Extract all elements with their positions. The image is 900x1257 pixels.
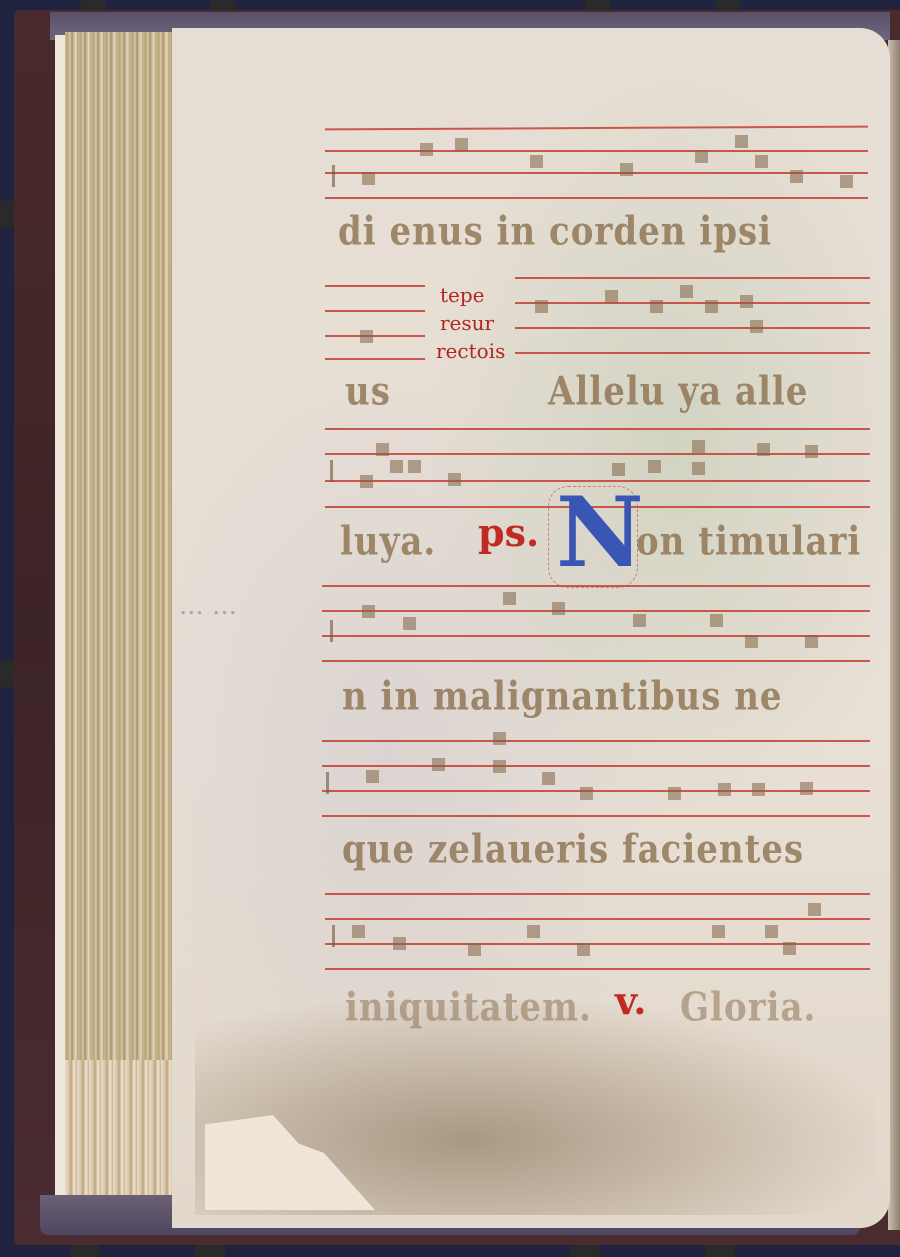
- lyric-line-5: que zelaueris facientes: [342, 827, 804, 873]
- staff-line: [322, 815, 870, 817]
- lyric-line-3a: luya.: [340, 519, 436, 565]
- neume: [752, 783, 765, 796]
- lyric-line-2b: Allelu ya alle: [548, 369, 808, 415]
- neume: [455, 138, 468, 151]
- staff-line: [515, 302, 870, 304]
- clef-mark: [332, 925, 335, 947]
- lyric-line-1: di enus in corden ipsi: [338, 209, 772, 255]
- neume: [552, 602, 565, 615]
- neume: [432, 758, 445, 771]
- neume: [448, 473, 461, 486]
- staff-line: [325, 453, 870, 455]
- neume: [800, 782, 813, 795]
- neume: [783, 942, 796, 955]
- neume: [503, 592, 516, 605]
- neume: [403, 617, 416, 630]
- staff-line: [325, 428, 870, 430]
- staff-line: [322, 790, 870, 792]
- staff-line: [325, 285, 425, 287]
- neume: [493, 760, 506, 773]
- clasp-stub: [70, 1245, 100, 1257]
- clef-mark: [330, 460, 333, 482]
- staff-line: [325, 172, 868, 174]
- neume: [840, 175, 853, 188]
- staff-line: [515, 352, 870, 354]
- illuminated-initial: N: [548, 486, 636, 586]
- clasp-stub: [0, 200, 14, 228]
- initial-letter: N: [556, 476, 644, 589]
- psalm-marker: ps.: [478, 510, 539, 555]
- rubric-line: tepe: [440, 282, 485, 308]
- neume: [393, 937, 406, 950]
- clasp-stub: [210, 0, 236, 10]
- neume: [468, 943, 481, 956]
- neume: [710, 614, 723, 627]
- staff-line: [325, 968, 870, 970]
- neume: [695, 150, 708, 163]
- rubric-line: resur: [440, 310, 494, 336]
- lyric-line-6b: Gloria.: [680, 985, 816, 1031]
- neume: [718, 783, 731, 796]
- clef-mark: [326, 772, 329, 794]
- clasp-stub: [80, 0, 106, 10]
- staff-line: [322, 765, 870, 767]
- neume: [366, 770, 379, 783]
- neume: [790, 170, 803, 183]
- lyric-line-4: n in malignantibus ne: [342, 674, 783, 720]
- neume: [577, 943, 590, 956]
- offset-ink-text: ... ...: [180, 598, 238, 619]
- staff-line: [515, 327, 870, 329]
- clasp-stub: [585, 0, 611, 10]
- neume: [420, 143, 433, 156]
- lyric-line-2a: us: [345, 369, 391, 415]
- clasp-stub: [715, 0, 741, 10]
- clef-mark: [330, 620, 333, 642]
- clasp-stub: [0, 660, 14, 688]
- neume: [408, 460, 421, 473]
- lyric-line-3b: on timulari: [636, 519, 861, 565]
- neume: [362, 605, 375, 618]
- neume: [352, 925, 365, 938]
- neume: [535, 300, 548, 313]
- neume: [765, 925, 778, 938]
- staff-line: [325, 893, 870, 895]
- neume: [612, 463, 625, 476]
- neume: [633, 614, 646, 627]
- neume: [692, 462, 705, 475]
- neume: [650, 300, 663, 313]
- neume: [527, 925, 540, 938]
- neume: [757, 443, 770, 456]
- neume: [712, 925, 725, 938]
- neume: [376, 443, 389, 456]
- neume: [580, 787, 593, 800]
- neume: [620, 163, 633, 176]
- neume: [360, 475, 373, 488]
- staff-line: [325, 335, 425, 337]
- staff-line: [322, 610, 870, 612]
- staff-line: [325, 918, 870, 920]
- neume: [735, 135, 748, 148]
- neume: [692, 440, 705, 453]
- neume: [360, 330, 373, 343]
- neume: [390, 460, 403, 473]
- neume: [740, 295, 753, 308]
- neume: [493, 732, 506, 745]
- neume: [680, 285, 693, 298]
- neume: [805, 445, 818, 458]
- neume: [705, 300, 718, 313]
- staff-line: [322, 740, 870, 742]
- neume: [805, 635, 818, 648]
- staff-line: [325, 358, 425, 360]
- clasp-stub: [570, 1245, 600, 1257]
- neume: [750, 320, 763, 333]
- neume: [668, 787, 681, 800]
- versicle-marker: v.: [615, 978, 647, 1023]
- staff-line: [325, 310, 425, 312]
- neume: [530, 155, 543, 168]
- staff-line: [515, 277, 870, 279]
- neume: [605, 290, 618, 303]
- neume: [745, 635, 758, 648]
- staff-line: [325, 150, 868, 152]
- rubric-line: rectois: [436, 338, 505, 364]
- staff-line: [322, 585, 870, 587]
- clasp-stub: [195, 1245, 225, 1257]
- neume: [755, 155, 768, 168]
- neume: [542, 772, 555, 785]
- lyric-line-6a: iniquitatem.: [345, 985, 592, 1031]
- neume: [362, 172, 375, 185]
- neume: [808, 903, 821, 916]
- staff-line: [322, 660, 870, 662]
- staff-line: [325, 197, 868, 199]
- staff-line: [322, 635, 870, 637]
- clasp-stub: [705, 1245, 735, 1257]
- clef-mark: [332, 165, 335, 187]
- neume: [648, 460, 661, 473]
